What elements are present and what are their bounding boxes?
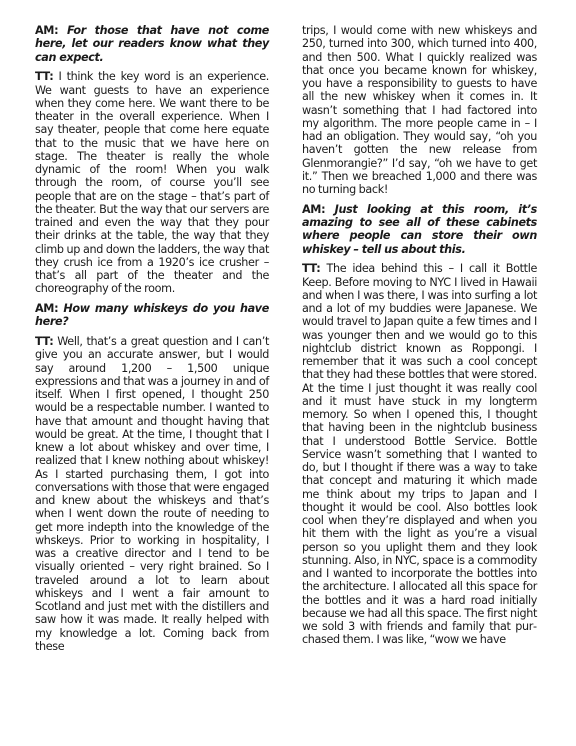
right-column: trips, I would come with new whiskeys an… <box>302 24 537 653</box>
continuation-paragraph: trips, I would come with new whiskeys an… <box>302 24 537 196</box>
question-paragraph: AM: For those that have not come here, l… <box>35 24 269 64</box>
answer-text: trips, I would come with new whiskeys an… <box>302 24 537 196</box>
answer-text: I think the key word is an experi­ence. … <box>35 70 269 295</box>
answer-paragraph: TT: I think the key word is an experi­en… <box>35 70 269 295</box>
question-paragraph: AM: Just looking at this room, it’s amaz… <box>302 203 537 256</box>
speaker-label: TT: <box>35 70 53 83</box>
question-text: Just looking at this room, it’s amaz­ing… <box>302 203 537 256</box>
question-text: For those that have not come here, let o… <box>35 24 269 64</box>
answer-paragraph: TT: The idea behind this – I call it Bot… <box>302 262 537 646</box>
speaker-label: TT: <box>302 262 320 275</box>
answer-paragraph: TT: Well, that’s a great question and I … <box>35 335 269 653</box>
speaker-label: AM: <box>35 24 58 37</box>
left-column: AM: For those that have not come here, l… <box>35 24 269 660</box>
question-text: How many whiskeys do you have here? <box>35 302 269 328</box>
question-paragraph: AM: How many whiskeys do you have here? <box>35 302 269 329</box>
speaker-label: AM: <box>302 203 325 216</box>
magazine-page: AM: For those that have not come here, l… <box>0 0 576 746</box>
speaker-label: AM: <box>35 302 58 315</box>
answer-text: Well, that’s a great question and I can’… <box>35 335 269 653</box>
answer-text: The idea behind this – I call it Bot­tle… <box>302 262 537 646</box>
speaker-label: TT: <box>35 335 53 348</box>
